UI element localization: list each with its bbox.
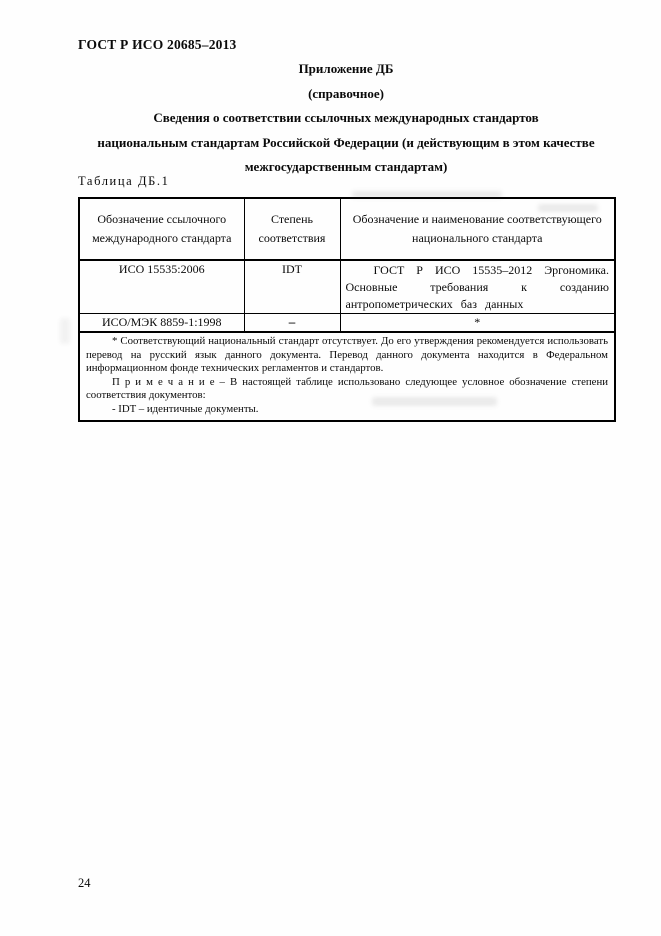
footnote-note-paragraph: П р и м е ч а н и е – В настоящей таблиц… — [86, 376, 608, 403]
footnote-note-item: - IDT – идентичные документы. — [86, 403, 608, 416]
scan-artifact — [60, 318, 70, 344]
table-header-row: Обозначение ссылочного международного ст… — [79, 198, 615, 260]
cell-designation-2: ИСО/МЭК 8859-1:1998 — [79, 314, 244, 333]
table-caption: Таблица ДБ.1 — [78, 174, 170, 189]
footnote-asterisk-text: * Соответствующий национальный стандарт … — [86, 335, 608, 375]
document-standard-number: ГОСТ Р ИСО 20685–2013 — [78, 37, 237, 53]
column-header-national-standard: Обозначение и наименование соответствующ… — [340, 198, 615, 260]
appendix-heading-line-1: Сведения о соответствии ссылочных междун… — [78, 106, 614, 131]
cell-national-1: ГОСТ Р ИСО 15535–2012 Эргономика. Основн… — [340, 260, 615, 314]
page-number: 24 — [78, 876, 91, 891]
cell-national-2: * — [340, 314, 615, 333]
column-header-degree: Степень соответствия — [244, 198, 340, 260]
table-footnote-row: * Соответствующий национальный стандарт … — [79, 332, 615, 421]
correspondence-table: Обозначение ссылочного международного ст… — [78, 197, 616, 422]
footnote-cell: * Соответствующий национальный стандарт … — [79, 332, 615, 421]
table-row: ИСО 15535:2006 IDT ГОСТ Р ИСО 15535–2012… — [79, 260, 615, 314]
appendix-headings: Приложение ДБ (справочное) Сведения о со… — [78, 57, 614, 180]
document-page: ГОСТ Р ИСО 20685–2013 Приложение ДБ (спр… — [0, 0, 661, 936]
cell-designation-1: ИСО 15535:2006 — [79, 260, 244, 314]
appendix-title: Приложение ДБ — [78, 57, 614, 82]
table-row: ИСО/МЭК 8859-1:1998 – * — [79, 314, 615, 333]
appendix-subtitle: (справочное) — [78, 82, 614, 107]
column-header-international-standard: Обозначение ссылочного международного ст… — [79, 198, 244, 260]
footnote-note-label: П р и м е ч а н и е — [112, 376, 215, 388]
cell-degree-2: – — [244, 314, 340, 333]
appendix-heading-line-2: национальным стандартам Российской Федер… — [78, 131, 614, 156]
cell-degree-1: IDT — [244, 260, 340, 314]
